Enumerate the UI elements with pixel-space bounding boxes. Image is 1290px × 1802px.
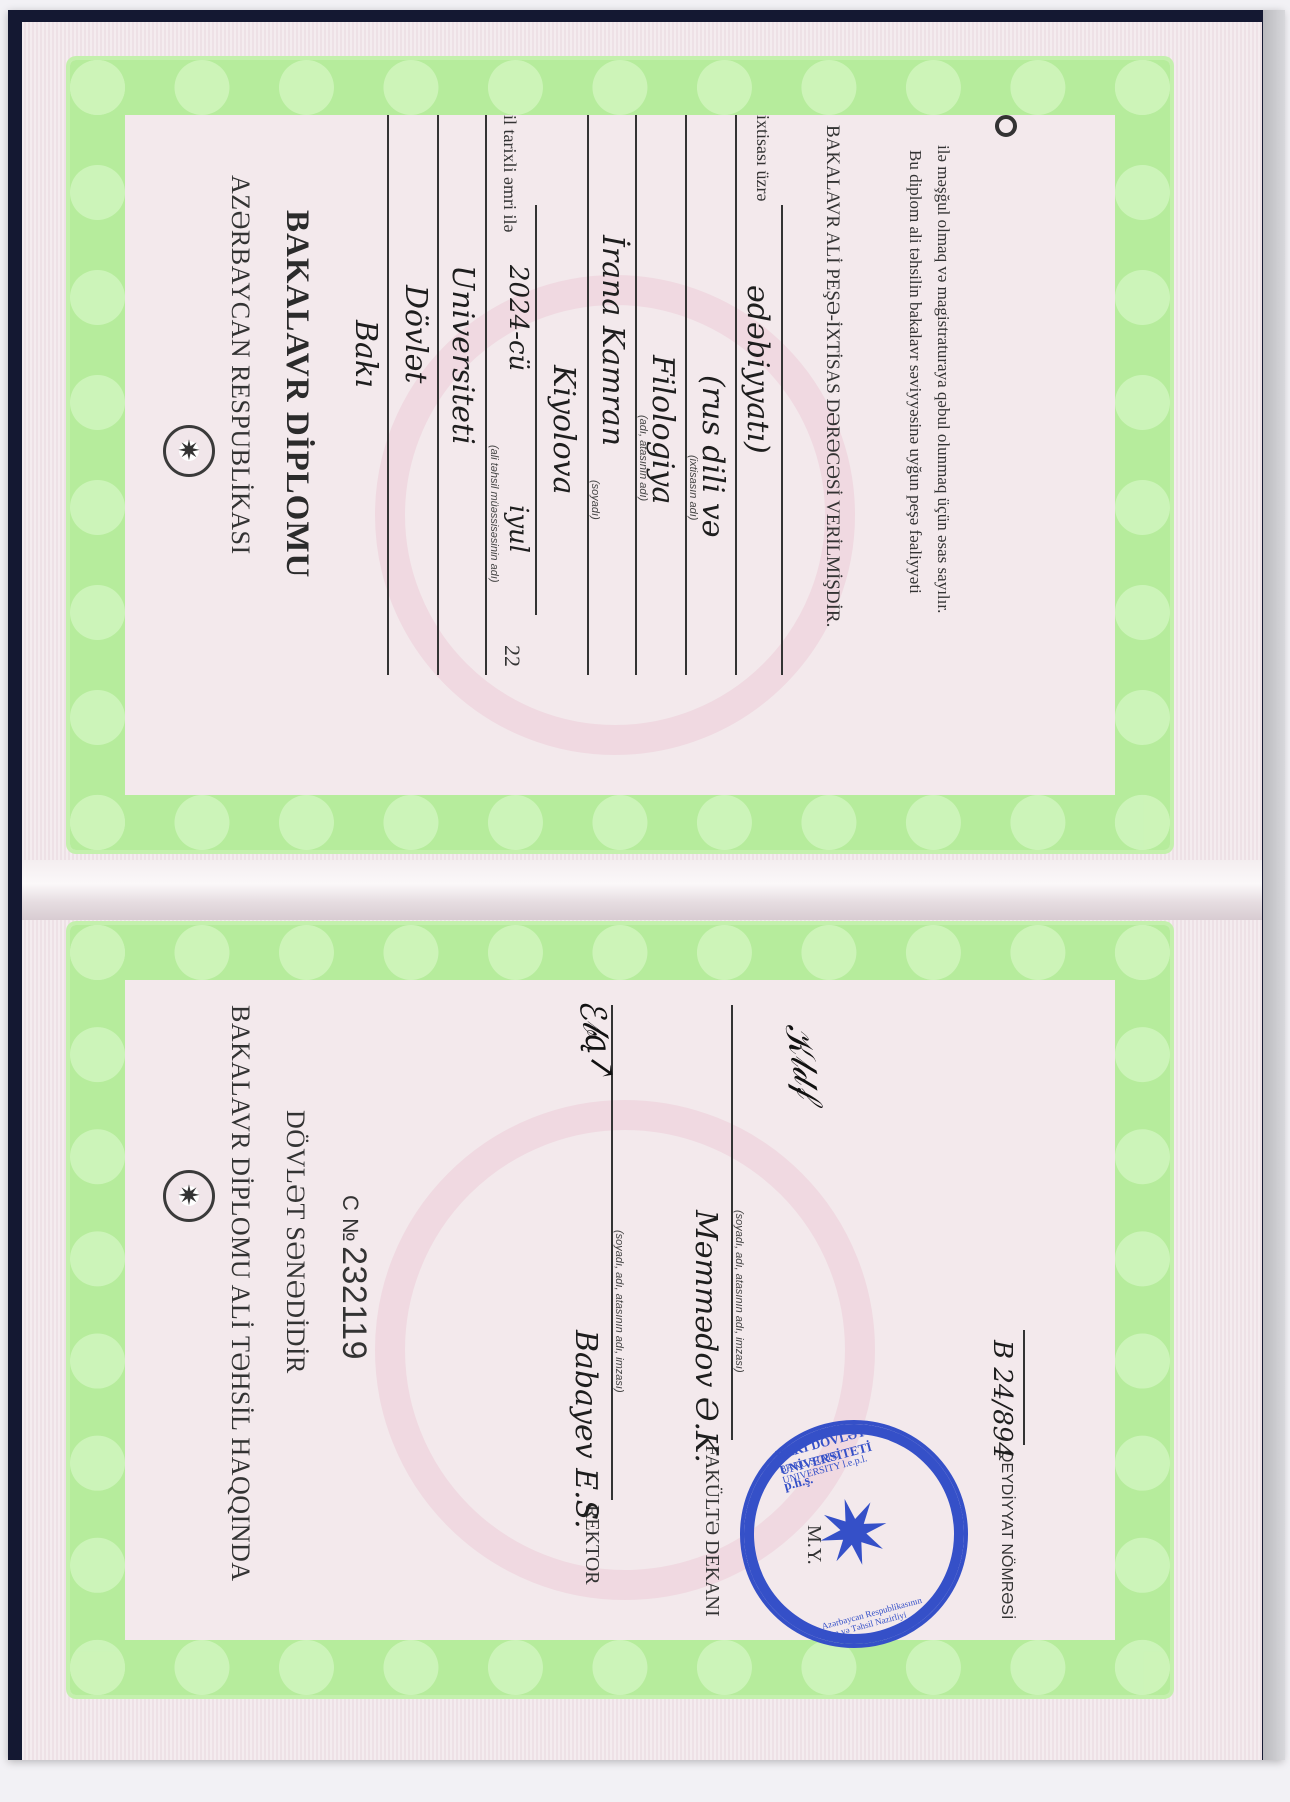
diploma-title: BAKALAVR DİPLOMU bbox=[278, 210, 315, 578]
corner-mark-icon bbox=[995, 115, 1017, 137]
serial-number: 232119 bbox=[335, 1246, 373, 1360]
graduate-surname: Kiyolova bbox=[546, 365, 581, 495]
serial-prefix: C № bbox=[338, 1195, 363, 1242]
diploma-left-page: ✷ BAKALAVR DİPLOMU ALİ TƏHSİL HAQQINDA D… bbox=[70, 925, 1170, 1695]
form-line bbox=[635, 115, 637, 675]
rector-caption: (soyadı, adı, atasının adı, imzası) bbox=[613, 1230, 625, 1393]
footer-line-2: ilə məşğul olmaq və magistraturaya qəbul… bbox=[933, 145, 953, 613]
form-line bbox=[485, 115, 487, 675]
form-line bbox=[781, 205, 783, 675]
footer-line-1: Bu diplom ali təhsilin bakalavr səviyyəs… bbox=[905, 150, 925, 594]
state-emblem-icon: ✷ bbox=[163, 425, 215, 477]
registration-number: B 24/894 bbox=[987, 1340, 1017, 1459]
header-line-2: DÖVLƏT SƏNƏDİDİR bbox=[280, 1110, 310, 1374]
form-line bbox=[685, 115, 687, 675]
date-day: 22 bbox=[499, 645, 525, 667]
page-content: ✷ AZƏRBAYCAN RESPUBLİKASI BAKALAVR DİPLO… bbox=[125, 115, 1115, 795]
institution-line-2: Dövlət bbox=[398, 285, 433, 383]
dean-signature: 𝒦𝓁𝒹𝒻 bbox=[776, 1019, 828, 1100]
specialty-detail-2: ədəbiyyatı) bbox=[740, 285, 775, 454]
institution-line-1: Bakı bbox=[348, 320, 383, 388]
form-line bbox=[535, 205, 537, 615]
form-line bbox=[587, 115, 589, 675]
rector-signature: ℰ𝒷ą↗ bbox=[570, 995, 624, 1085]
dean-name: Məmmədov Ə.K. bbox=[688, 1210, 723, 1463]
dean-label: FAKÜLTƏ DEKANI bbox=[700, 1445, 723, 1617]
center-fold bbox=[22, 860, 1262, 920]
diploma-main-page: ✷ AZƏRBAYCAN RESPUBLİKASI BAKALAVR DİPLO… bbox=[70, 60, 1170, 850]
institution-line-3: Universiteti bbox=[445, 265, 480, 445]
graduate-given-names: İrana Kamran bbox=[595, 235, 630, 446]
specialty-detail-1: (rus dili və bbox=[695, 375, 730, 538]
form-line bbox=[437, 115, 439, 675]
specialty-suffix: ixtisası üzrə bbox=[752, 115, 773, 201]
form-line bbox=[735, 115, 737, 675]
form-line bbox=[387, 115, 389, 675]
rector-name: Babayev E.S. bbox=[568, 1330, 603, 1529]
institution-caption: (ali təhsil müəssisəsinin adı) bbox=[488, 445, 500, 583]
dean-caption: (soyadı, adı, atasının adı, imzası) bbox=[733, 1210, 745, 1373]
date-suffix: il tarixli əmri ilə bbox=[499, 115, 520, 232]
country-name: AZƏRBAYCAN RESPUBLİKASI bbox=[225, 175, 255, 555]
header-line-1: BAKALAVR DİPLOMU ALİ TƏHSİL HAQQINDA bbox=[225, 1005, 255, 1582]
serial-number-group: C № 232119 bbox=[334, 1195, 373, 1360]
registration-label: QEYDİYYAT NÖMRƏSİ bbox=[997, 1450, 1015, 1619]
date-month: iyul bbox=[503, 505, 533, 553]
form-line bbox=[1023, 1330, 1025, 1445]
stamp-emblem-icon: ✷ bbox=[804, 1474, 904, 1595]
surname-caption: (soyadı) bbox=[589, 480, 601, 520]
degree-statement: BAKALAVR ALİ PEŞƏ-İXTİSAS DƏRƏCƏSİ VERİL… bbox=[821, 125, 843, 627]
specialty-name: Filologiya bbox=[645, 355, 680, 504]
scan-edge bbox=[1263, 10, 1285, 1760]
state-emblem-icon: ✷ bbox=[163, 1170, 215, 1222]
date-year: 2024-cü bbox=[503, 265, 533, 371]
